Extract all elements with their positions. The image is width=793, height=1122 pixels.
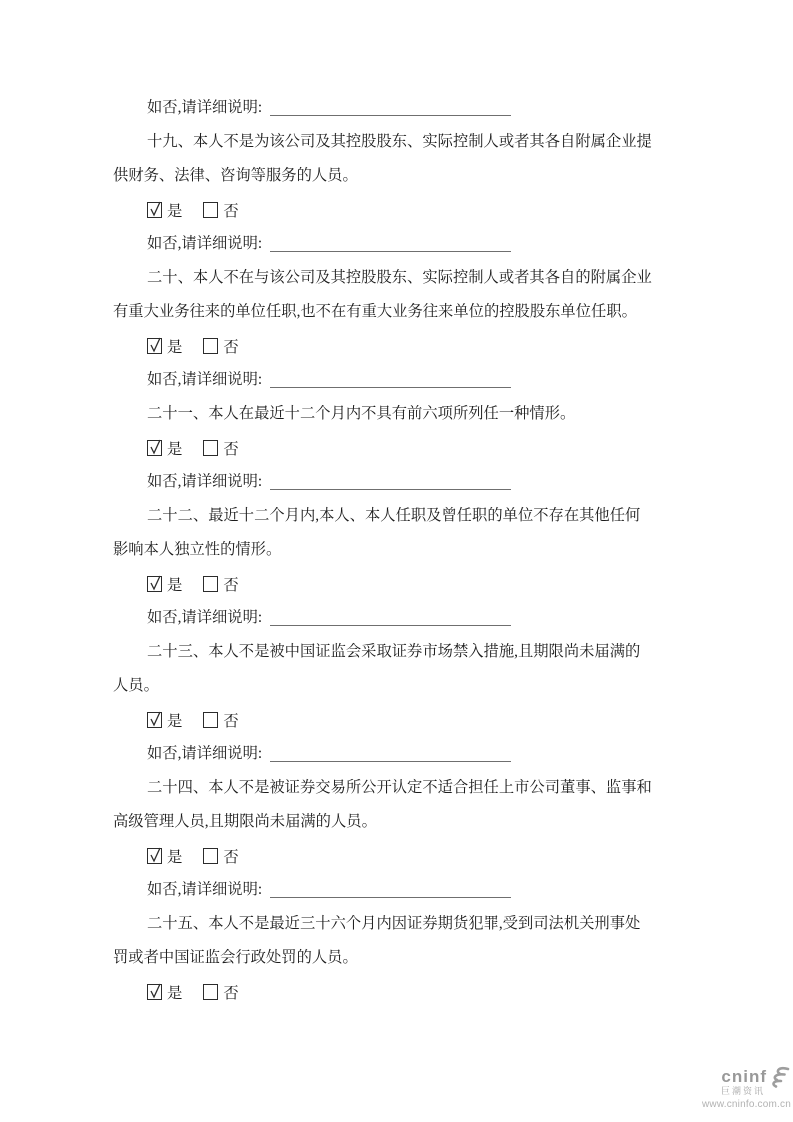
check-icon xyxy=(148,200,164,217)
blank-underline xyxy=(270,387,511,388)
statement-paragraph-24: 二十四、本人不是被证券交易所公开认定不适合担任上市公司董事、监事和 高级管理人员… xyxy=(113,771,680,839)
blank-underline xyxy=(270,489,511,490)
no-checkbox xyxy=(203,440,218,456)
cninfo-url: www.cninfo.com.cn xyxy=(702,1099,791,1110)
statement-paragraph-25: 二十五、本人不是最近三十六个月内因证券期货犯罪,受到司法机关刑事处 罚或者中国证… xyxy=(113,907,680,975)
no-label: 否 xyxy=(223,845,238,867)
yes-label: 是 xyxy=(167,437,182,459)
no-label: 否 xyxy=(223,573,238,595)
no-label: 否 xyxy=(223,709,238,731)
prompt-label: 如否,请详细说明: xyxy=(147,881,262,898)
detail-prompt-line: 如否,请详细说明: xyxy=(113,363,680,397)
blank-underline xyxy=(270,897,511,898)
detail-prompt-line: 如否,请详细说明: xyxy=(113,91,680,125)
cninfo-swirl-icon xyxy=(767,1066,791,1088)
statement-paragraph-20: 二十、本人不在与该公司及其控股股东、实际控制人或者其各自的附属企业 有重大业务往… xyxy=(113,261,680,329)
check-icon xyxy=(148,574,164,591)
checkbox-row-19: 是 否 xyxy=(113,193,680,227)
yes-checkbox xyxy=(147,848,162,864)
no-checkbox xyxy=(203,202,218,218)
statement-paragraph-23: 二十三、本人不是被中国证监会采取证券市场禁入措施,且期限尚未届满的 人员。 xyxy=(113,635,680,703)
checkbox-row-20: 是 否 xyxy=(113,329,680,363)
yes-checkbox xyxy=(147,440,162,456)
checkbox-row-21: 是 否 xyxy=(113,431,680,465)
no-checkbox xyxy=(203,848,218,864)
detail-prompt-line: 如否,请详细说明: xyxy=(113,227,680,261)
prompt-label: 如否,请详细说明: xyxy=(147,745,262,762)
detail-prompt-line: 如否,请详细说明: xyxy=(113,737,680,771)
document-content: 如否,请详细说明: 十九、本人不是为该公司及其控股股东、实际控制人或者其各自附属… xyxy=(0,0,793,1009)
checkbox-row-24: 是 否 xyxy=(113,839,680,873)
prompt-label: 如否,请详细说明: xyxy=(147,609,262,626)
cninfo-brand-row: cninf xyxy=(702,1066,791,1088)
no-checkbox xyxy=(203,984,218,1000)
check-icon xyxy=(148,982,164,999)
no-label: 否 xyxy=(223,335,238,357)
no-checkbox xyxy=(203,338,218,354)
yes-label: 是 xyxy=(167,573,182,595)
check-icon xyxy=(148,846,164,863)
cninfo-brand-chinese: 巨潮资讯 xyxy=(702,1087,791,1097)
no-label: 否 xyxy=(223,981,238,1003)
yes-checkbox xyxy=(147,338,162,354)
no-label: 否 xyxy=(223,199,238,221)
statement-paragraph-22: 二十二、最近十二个月内,本人、本人任职及曾任职的单位不存在其他任何 影响本人独立… xyxy=(113,499,680,567)
yes-label: 是 xyxy=(167,335,182,357)
detail-prompt-line: 如否,请详细说明: xyxy=(113,601,680,635)
blank-underline xyxy=(270,251,511,252)
checkbox-row-25: 是 否 xyxy=(113,975,680,1009)
prompt-label: 如否,请详细说明: xyxy=(147,473,262,490)
check-icon xyxy=(148,336,164,353)
detail-prompt-line: 如否,请详细说明: xyxy=(113,465,680,499)
checkbox-row-23: 是 否 xyxy=(113,703,680,737)
yes-label: 是 xyxy=(167,845,182,867)
yes-label: 是 xyxy=(167,709,182,731)
blank-underline xyxy=(270,115,511,116)
prompt-label: 如否,请详细说明: xyxy=(147,371,262,388)
cninfo-watermark: cninf 巨潮资讯 www.cninfo.com.cn xyxy=(702,1066,791,1110)
no-checkbox xyxy=(203,712,218,728)
yes-label: 是 xyxy=(167,199,182,221)
no-label: 否 xyxy=(223,437,238,459)
prompt-label: 如否,请详细说明: xyxy=(147,99,262,116)
statement-paragraph-19: 十九、本人不是为该公司及其控股股东、实际控制人或者其各自附属企业提 供财务、法律… xyxy=(113,125,680,193)
yes-checkbox xyxy=(147,712,162,728)
document-page: 如否,请详细说明: 十九、本人不是为该公司及其控股股东、实际控制人或者其各自附属… xyxy=(0,0,793,1122)
yes-checkbox xyxy=(147,202,162,218)
blank-underline xyxy=(270,761,511,762)
check-icon xyxy=(148,438,164,455)
check-icon xyxy=(148,710,164,727)
cninfo-brand-text: cninf xyxy=(721,1068,767,1087)
checkbox-row-22: 是 否 xyxy=(113,567,680,601)
yes-checkbox xyxy=(147,984,162,1000)
blank-underline xyxy=(270,625,511,626)
no-checkbox xyxy=(203,576,218,592)
prompt-label: 如否,请详细说明: xyxy=(147,235,262,252)
statement-paragraph-21: 二十一、本人在最近十二个月内不具有前六项所列任一种情形。 xyxy=(113,397,680,431)
detail-prompt-line: 如否,请详细说明: xyxy=(113,873,680,907)
yes-checkbox xyxy=(147,576,162,592)
yes-label: 是 xyxy=(167,981,182,1003)
